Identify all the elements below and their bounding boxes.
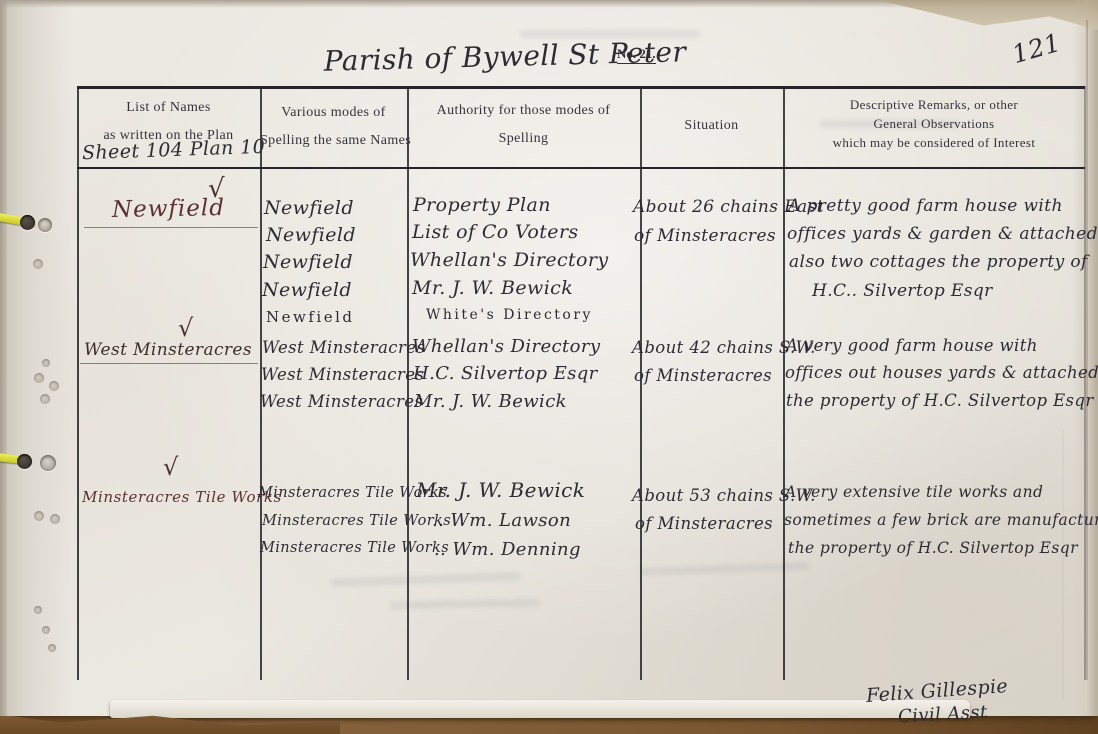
binding-hole (48, 644, 56, 652)
entry-name: West Minsteracres (84, 340, 252, 360)
right-crease (1086, 20, 1088, 680)
signature-role: Civil Asst (898, 702, 989, 728)
situation-line: of Minsteracres (634, 366, 772, 385)
entry-name: Minsteracres Tile Works (82, 488, 282, 506)
binding-hole (40, 394, 50, 404)
remark-line: A very good farm house with (786, 336, 1038, 355)
binding-hole (42, 626, 50, 634)
remark-line: sometimes a few brick are manufactured (784, 511, 1098, 529)
authority-line: .. Wm. Lawson (432, 510, 571, 531)
entry-name: Newfield (112, 195, 225, 223)
right-crease (1062, 430, 1064, 700)
underlying-page-edge (0, 0, 7, 716)
binding-hole (34, 511, 44, 521)
binding-hole (34, 373, 44, 383)
spelling-line: Newfield (262, 279, 352, 301)
column-header-spelling: Various modes of (260, 105, 407, 121)
binding-hole (38, 218, 52, 232)
table-top-rule (77, 86, 1085, 89)
authority-line: .. Wm. Denning (434, 539, 581, 560)
situation-line: of Minsteracres (635, 514, 773, 533)
spelling-line: Newfield (264, 197, 354, 219)
binding-hole (33, 259, 43, 269)
checkmark-icon: √ (178, 314, 193, 342)
spelling-line: West Minsteracres (261, 365, 424, 384)
authority-line: List of Co Voters (412, 221, 579, 243)
binding-hole (49, 381, 59, 391)
remark-line: the property of H.C. Silvertop Esqr (786, 391, 1094, 410)
authority-line: Mr. J. W. Bewick (416, 478, 585, 502)
table-header-rule (77, 167, 1085, 169)
remark-line: H.C.. Silvertop Esqr (812, 281, 993, 301)
under-sheet-edge (110, 700, 970, 718)
column-header-authority: Authority for those modes of (407, 103, 640, 119)
column-header-remarks: Descriptive Remarks, or other (783, 97, 1085, 113)
spelling-line: West Minsteracres (262, 338, 425, 357)
scanned-document-page: Parish of Bywell St Peter No. 21. 121 Li… (0, 0, 1098, 734)
column-header-remarks: which may be considered of Interest (783, 135, 1085, 151)
binding-hole (40, 455, 56, 471)
authority-line: Whellan's Directory (410, 249, 609, 271)
table-vertical-rule (1084, 86, 1086, 680)
remark-line: offices out houses yards & attached (785, 363, 1098, 382)
spelling-line: West Minsteracres (260, 392, 423, 411)
form-number: No. 21. (617, 46, 656, 64)
spelling-line: Newfield (266, 308, 354, 326)
spelling-line: Minsteracres Tile Works (262, 513, 451, 529)
remark-line: the property of H.C. Silvertop Esqr (788, 539, 1078, 557)
binding-hole (20, 215, 35, 230)
table-vertical-rule (77, 86, 79, 680)
authority-line: White's Directory (426, 307, 593, 323)
column-header-spelling: Spelling the same Names (260, 133, 407, 149)
remark-line: A very extensive tile works and (785, 483, 1043, 501)
name-underline (84, 227, 258, 228)
binding-hole (34, 606, 42, 614)
column-header-situation: Situation (640, 118, 783, 134)
binding-hole (50, 514, 60, 524)
binding-hole (17, 454, 32, 469)
authority-line: Mr. J. W. Bewick (412, 277, 573, 299)
name-underline (80, 363, 258, 364)
remark-line: also two cottages the property of (789, 252, 1088, 272)
column-header-names: List of Names (77, 100, 260, 116)
situation-line: of Minsteracres (634, 226, 776, 246)
table-vertical-rule (783, 86, 785, 680)
authority-line: H.C. Silvertop Esqr (413, 363, 598, 384)
authority-line: Mr. J. W. Bewick (414, 391, 567, 412)
remark-line: A pretty good farm house with (788, 196, 1063, 216)
remark-line: offices yards & garden & attached (787, 224, 1098, 244)
column-header-authority: Spelling (407, 131, 640, 147)
authority-line: Property Plan (413, 194, 551, 216)
authority-line: Whellan's Directory (412, 336, 600, 357)
checkmark-icon: √ (163, 453, 178, 481)
spelling-line: Newfield (266, 224, 356, 246)
column-header-remarks: General Observations (783, 116, 1085, 132)
spelling-line: Minsteracres Tile Works (260, 540, 449, 556)
spelling-line: Newfield (263, 251, 353, 273)
binding-hole (42, 359, 50, 367)
